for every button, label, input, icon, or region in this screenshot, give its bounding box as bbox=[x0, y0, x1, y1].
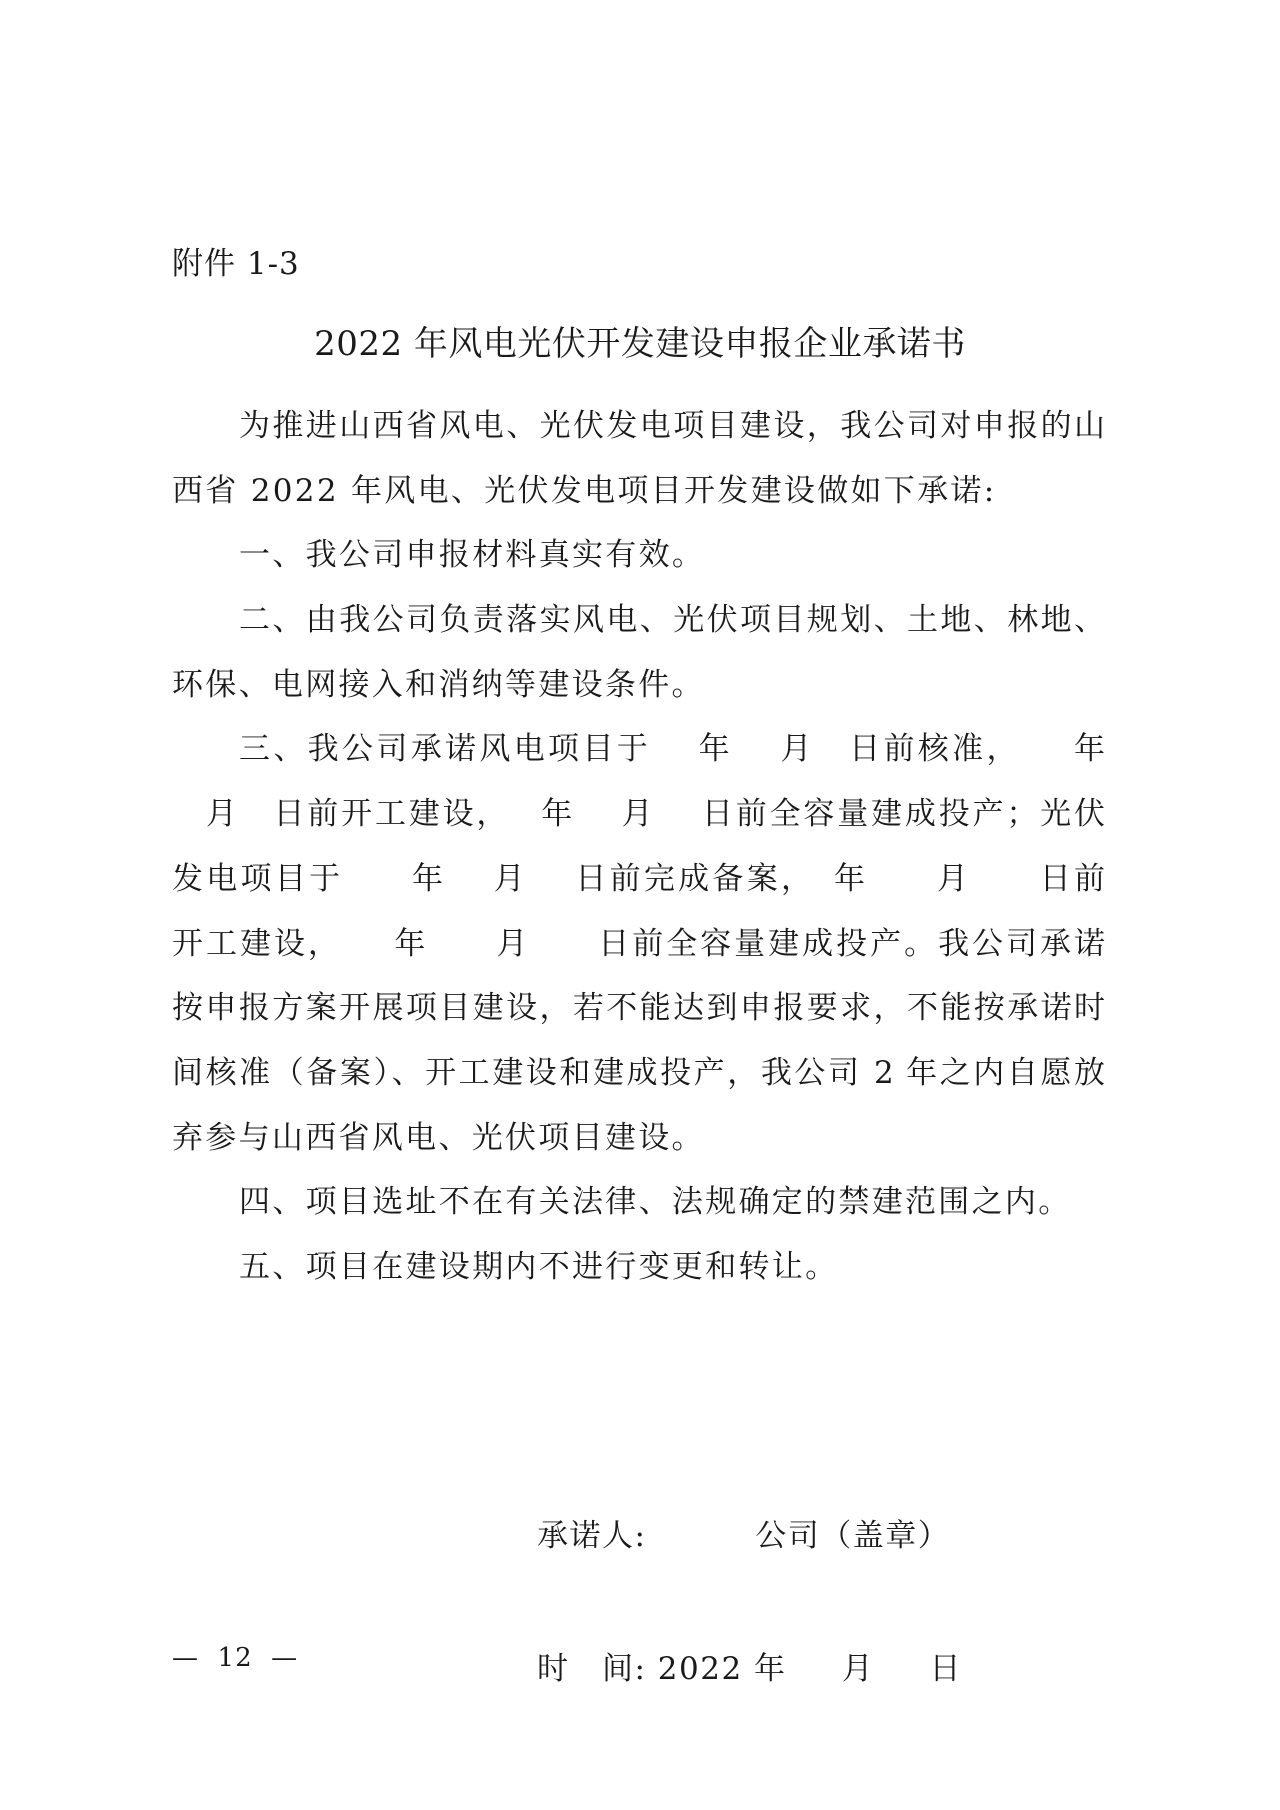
intro-paragraph-line-2: 西省 2022 年风电、光伏发电项目开发建设做如下承诺: bbox=[172, 459, 1105, 524]
clause-3-line-7: 弃参与山西省风电、光伏项目建设。 bbox=[172, 1106, 1105, 1171]
commitment-body: 为推进山西省风电、光伏发电项目建设，我公司对申报的山 西省 2022 年风电、光… bbox=[172, 394, 1105, 1300]
clause-4: 四、项目选址不在有关法律、法规确定的禁建范围之内。 bbox=[172, 1170, 1105, 1235]
attachment-label: 附件 1-3 bbox=[172, 246, 300, 282]
clause-3-line-2: 月 日前开工建设， 年 月 日前全容量建成投产；光伏 bbox=[172, 782, 1105, 847]
page-number: — 12 — bbox=[172, 1642, 298, 1674]
clause-3-line-4: 开工建设， 年 月 日前全容量建成投产。我公司承诺 bbox=[172, 912, 1105, 977]
clause-3-line-3: 发电项目于 年 月 日前完成备案， 年 月 日前 bbox=[172, 847, 1105, 912]
clause-3-line-5: 按申报方案开展项目建设，若不能达到申报要求，不能按承诺时 bbox=[172, 976, 1105, 1041]
intro-paragraph-line-1: 为推进山西省风电、光伏发电项目建设，我公司对申报的山 bbox=[172, 394, 1105, 459]
date-line: 时 间: 2022 年 月 日 bbox=[537, 1649, 962, 1710]
document-title: 2022 年风电光伏开发建设申报企业承诺书 bbox=[0, 324, 1280, 364]
clause-2-line-1: 二、由我公司负责落实风电、光伏项目规划、土地、林地、 bbox=[172, 588, 1105, 653]
document-page: 附件 1-3 2022 年风电光伏开发建设申报企业承诺书 为推进山西省风电、光伏… bbox=[0, 0, 1280, 1810]
clause-3-line-6: 间核准（备案）、开工建设和建成投产，我公司 2 年之内自愿放 bbox=[172, 1041, 1105, 1106]
clause-1: 一、我公司申报材料真实有效。 bbox=[172, 523, 1105, 588]
clause-3-line-1: 三、我公司承诺风电项目于 年 月 日前核准， 年 bbox=[172, 717, 1105, 782]
promisor-line: 承诺人: 公司（盖章） bbox=[537, 1516, 962, 1577]
signature-block: 承诺人: 公司（盖章） 时 间: 2022 年 月 日 bbox=[537, 1444, 962, 1782]
clause-5: 五、项目在建设期内不进行变更和转让。 bbox=[172, 1235, 1105, 1300]
clause-2-line-2: 环保、电网接入和消纳等建设条件。 bbox=[172, 653, 1105, 718]
